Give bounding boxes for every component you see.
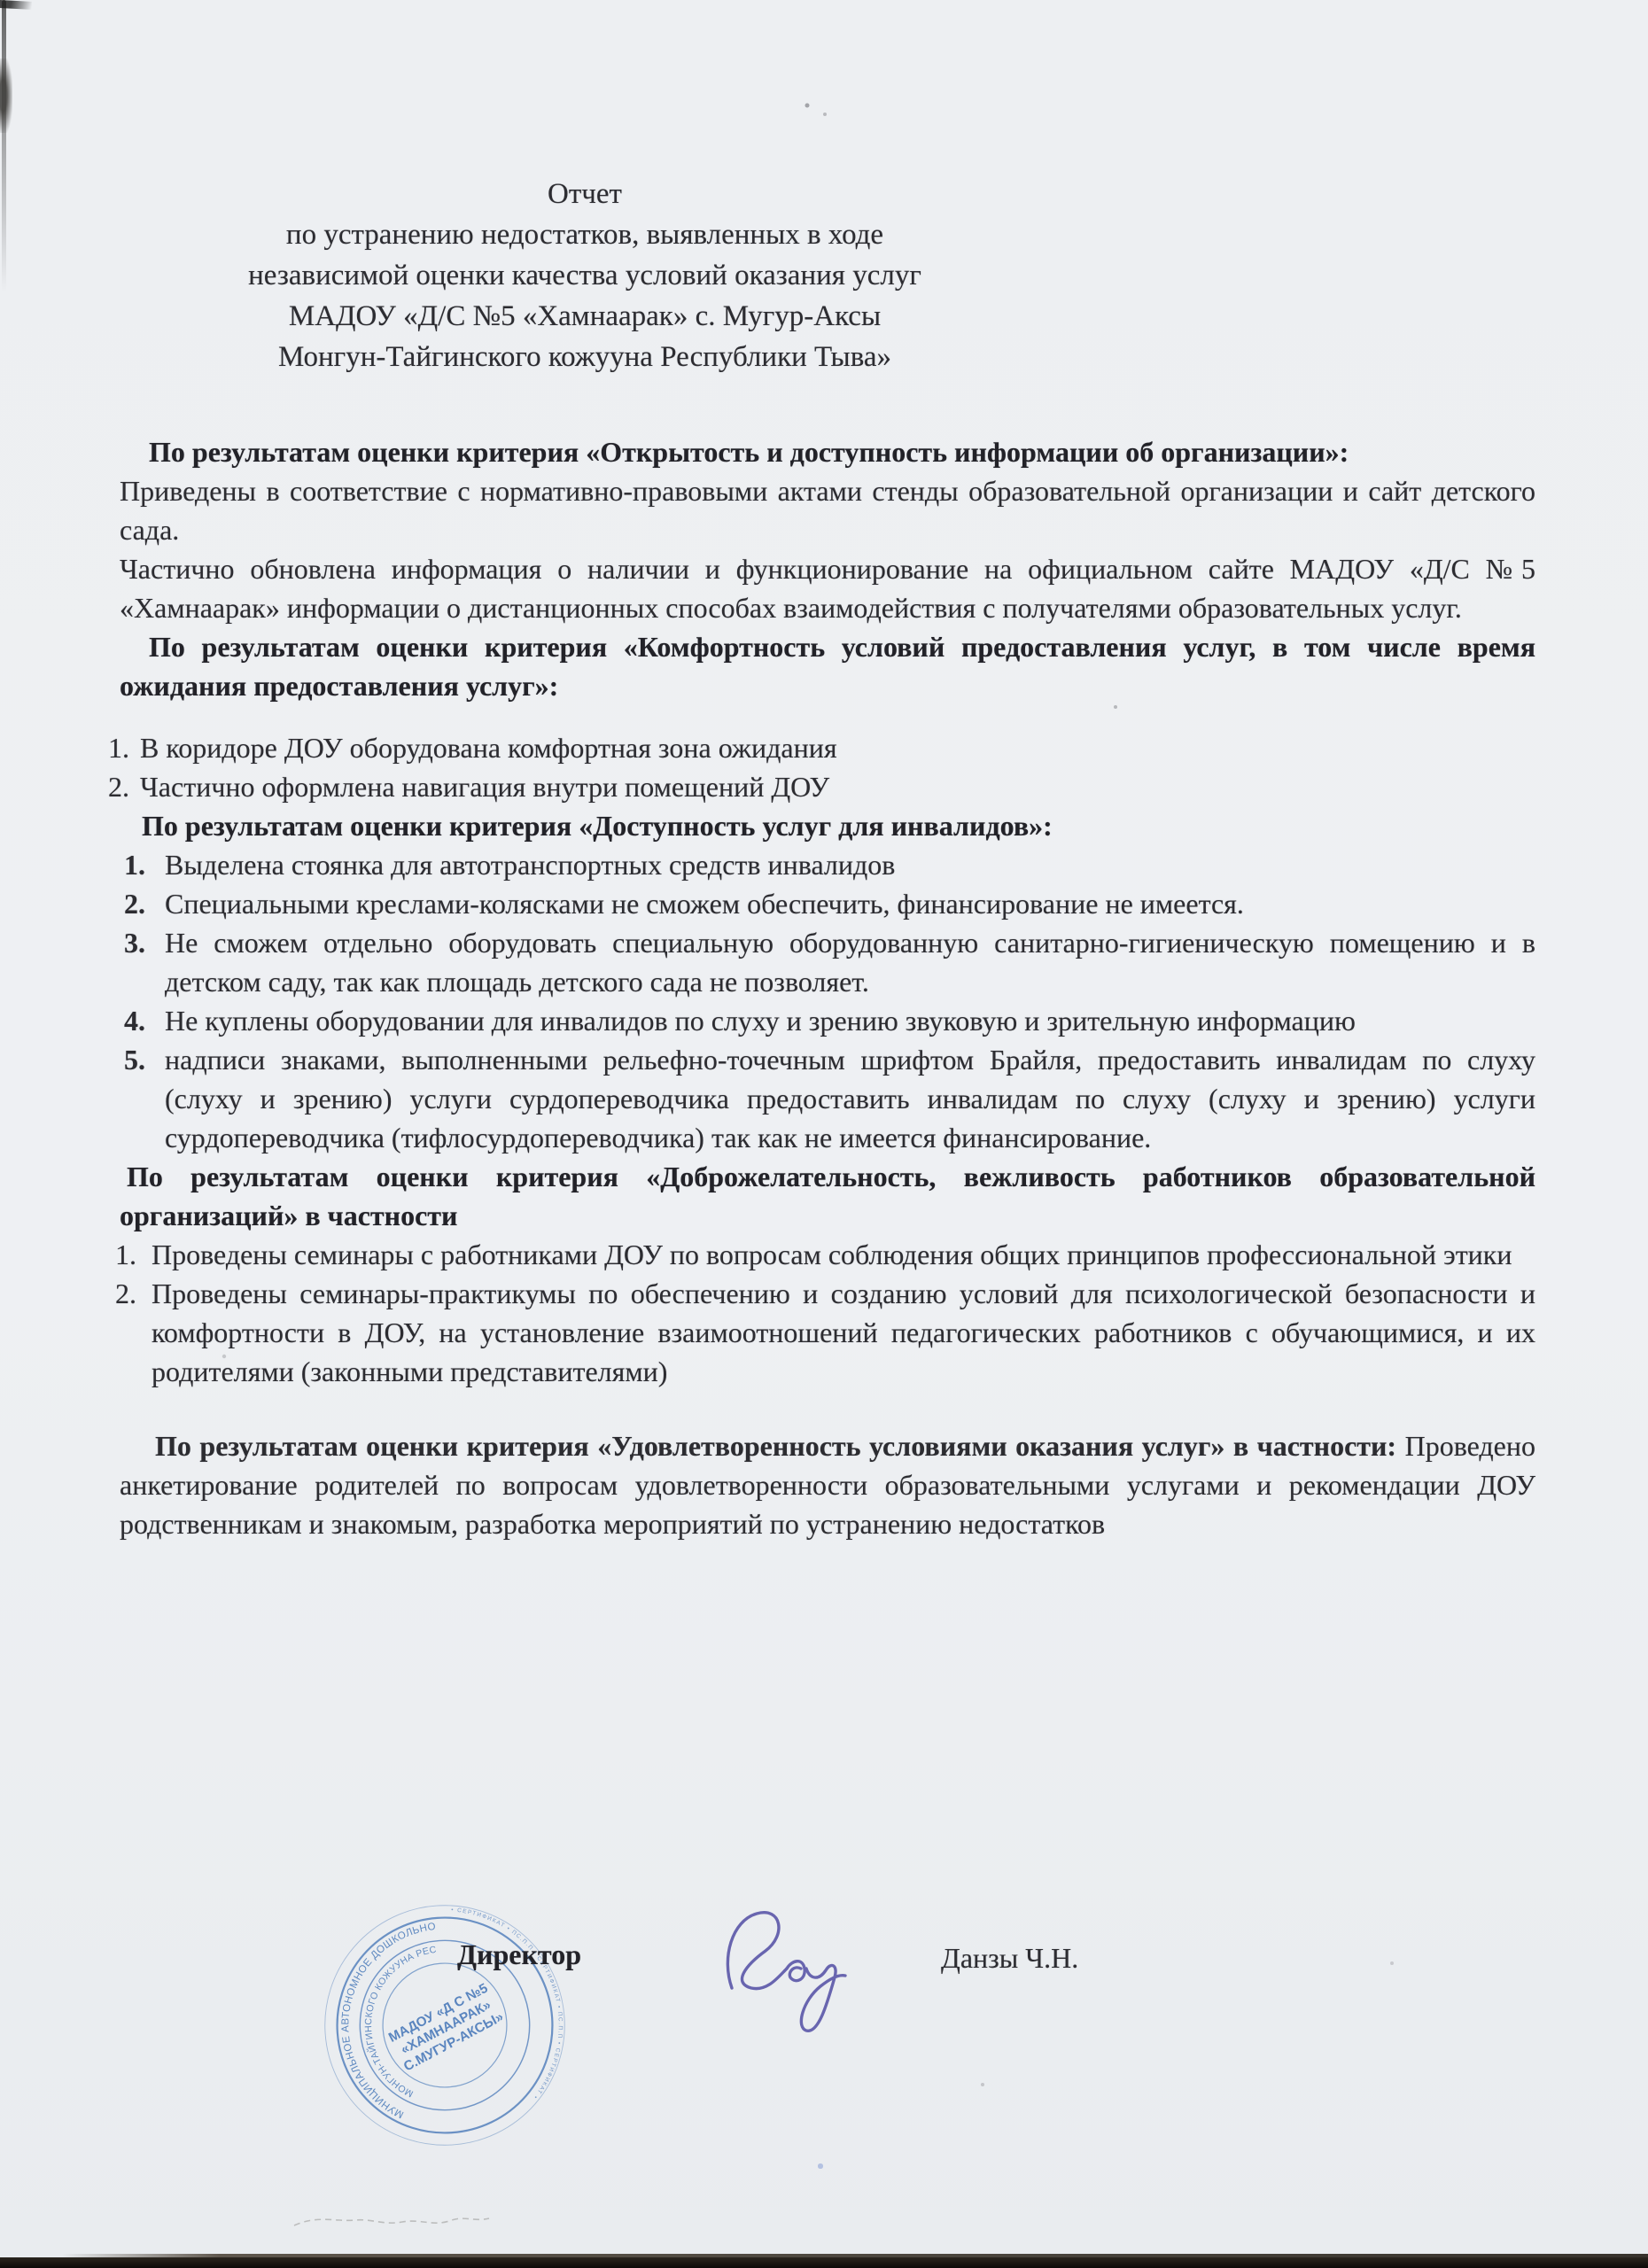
list-access: 1. Выделена стоянка для автотранспортных… bbox=[124, 845, 1535, 1157]
document-title-block: Отчет по устранению недостатков, выявлен… bbox=[97, 174, 1072, 377]
list-item-text: Проведены семинары с работниками ДОУ по … bbox=[152, 1235, 1535, 1274]
list-item: 1. В коридоре ДОУ оборудована комфортная… bbox=[108, 728, 1535, 767]
title-line-5: Монгун-Тайгинского кожууна Республики Ты… bbox=[97, 337, 1072, 377]
list-item-number: 4. bbox=[124, 1001, 165, 1040]
list-item-text: Специальными креслами-колясками не сможе… bbox=[165, 884, 1535, 923]
title-line-3: независимой оценки качества условий оказ… bbox=[97, 255, 1072, 296]
paragraph-site-info: Частично обновлена информация о наличии … bbox=[120, 549, 1535, 627]
scanned-document-page: Отчет по устранению недостатков, выявлен… bbox=[0, 0, 1648, 2268]
paper-specks bbox=[0, 0, 2, 2]
signature-stroke bbox=[801, 1965, 845, 2031]
list-item-text: надписи знаками, выполненными рельефно-т… bbox=[165, 1040, 1535, 1157]
scanner-edge-streak bbox=[2, 0, 6, 292]
seal-center-text: МАДОУ «Д С №5 «ХАМНААРАК» С.МУГУР-АКСЫ» bbox=[386, 1980, 507, 2074]
list-politeness: 1. Проведены семинары с работниками ДОУ … bbox=[115, 1235, 1535, 1391]
signature-stroke bbox=[727, 1913, 787, 1989]
document-body: По результатам оценки критерия «Открытос… bbox=[120, 432, 1535, 1543]
list-item-text: Не куплены оборудовании для инвалидов по… bbox=[165, 1001, 1535, 1040]
director-signature bbox=[705, 1899, 891, 2054]
paragraph-stands: Приведены в соответствие с нормативно-пр… bbox=[120, 471, 1535, 549]
title-line-2: по устранению недостатков, выявленных в … bbox=[97, 214, 1072, 255]
list-item-number: 2. bbox=[124, 884, 165, 923]
list-item: 1. Проведены семинары с работниками ДОУ … bbox=[115, 1235, 1535, 1274]
pencil-stroke bbox=[294, 2218, 489, 2225]
heading-comfort: По результатам оценки критерия «Комфортн… bbox=[120, 627, 1535, 705]
list-item: 2. Частично оформлена навигация внутри п… bbox=[108, 767, 1535, 806]
list-item-number: 2. bbox=[115, 1274, 152, 1313]
pencil-scribble bbox=[291, 2206, 494, 2234]
list-item-text: В коридоре ДОУ оборудована комфортная зо… bbox=[140, 728, 1535, 767]
list-item-number: 5. bbox=[124, 1040, 165, 1079]
list-item: 4. Не куплены оборудовании для инвалидов… bbox=[124, 1001, 1535, 1040]
list-item-text: Не сможем отдельно оборудовать специальн… bbox=[165, 923, 1535, 1001]
list-item-text: Выделена стоянка для автотранспортных ср… bbox=[165, 845, 1535, 884]
official-seal: • СЕРТИФИКАТ • ПС.П.П • СЕРТИФИКАТ • ПС.… bbox=[313, 1874, 577, 2177]
list-item-number: 1. bbox=[108, 728, 140, 767]
list-item-number: 2. bbox=[108, 767, 140, 806]
paragraph-satisfaction: По результатам оценки критерия «Удовлетв… bbox=[120, 1426, 1535, 1543]
director-label: Директор bbox=[457, 1938, 581, 1971]
list-item-number: 1. bbox=[124, 845, 165, 884]
heading-politeness: По результатам оценки критерия «Доброжел… bbox=[120, 1157, 1535, 1235]
list-item-text: Проведены семинары-практикумы по обеспеч… bbox=[152, 1274, 1535, 1391]
scanner-edge-blob bbox=[0, 58, 12, 133]
title-line-4: МАДОУ «Д/С №5 «Хамнаарак» с. Мугур-Аксы bbox=[97, 296, 1072, 337]
heading-openness: По результатам оценки критерия «Открытос… bbox=[120, 432, 1535, 471]
list-item: 5. надписи знаками, выполненными рельефн… bbox=[124, 1040, 1535, 1157]
list-comfort: 1. В коридоре ДОУ оборудована комфортная… bbox=[108, 728, 1535, 806]
list-item: 3. Не сможем отдельно оборудовать специа… bbox=[124, 923, 1535, 1001]
list-item-number: 1. bbox=[115, 1235, 152, 1274]
scanner-bottom-strip bbox=[0, 2257, 1648, 2268]
list-item: 2. Специальными креслами-колясками не см… bbox=[124, 884, 1535, 923]
list-item: 2. Проведены семинары-практикумы по обес… bbox=[115, 1274, 1535, 1391]
heading-access: По результатам оценки критерия «Доступно… bbox=[142, 806, 1535, 845]
list-item-number: 3. bbox=[124, 923, 165, 962]
list-item-text: Частично оформлена навигация внутри поме… bbox=[140, 767, 1535, 806]
heading-satisfaction: По результатам оценки критерия «Удовлетв… bbox=[155, 1430, 1396, 1462]
list-item: 1. Выделена стоянка для автотранспортных… bbox=[124, 845, 1535, 884]
signer-name: Данзы Ч.Н. bbox=[941, 1942, 1078, 1975]
title-line-1: Отчет bbox=[97, 174, 1072, 214]
scanner-corner-mark bbox=[0, 0, 32, 10]
signature-stroke bbox=[787, 1961, 805, 1981]
